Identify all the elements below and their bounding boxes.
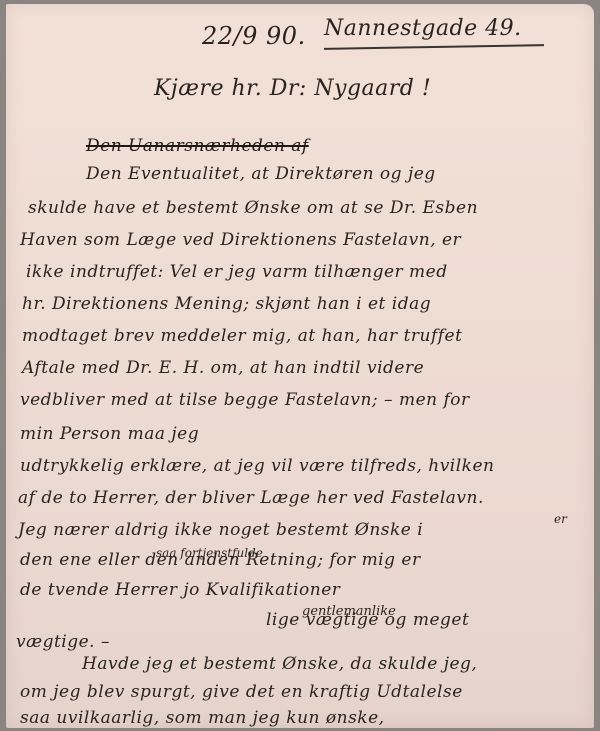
letter-line: udtrykkelig erklære, at jeg vil være til… [20, 456, 495, 476]
letter-address: Nannestgade 49. [324, 16, 522, 41]
letter-date: 22/9 90. [202, 22, 306, 50]
insertion-text: saa fortjenstfulde [156, 546, 263, 560]
letter-line: Havde jeg et bestemt Ønske, da skulde je… [82, 654, 477, 674]
letter-line: Haven som Læge ved Direktionens Fastelav… [20, 230, 461, 250]
letter-line: vedbliver med at tilse begge Fastelavn; … [20, 390, 470, 410]
letter-line: skulde have et bestemt Ønske om at se Dr… [28, 198, 478, 218]
letter-line: min Person maa jeg [20, 424, 199, 444]
letter-line: ikke indtruffet: Vel er jeg varm tilhæng… [26, 262, 448, 282]
letter-greeting: Kjære hr. Dr: Nygaard ! [154, 76, 431, 101]
address-underline [324, 44, 544, 50]
insertion-text: gentlemanlike [302, 604, 396, 619]
letter-line: saa uvilkaarlig, som man jeg kun ønske, [20, 708, 385, 728]
letter-line: vægtige. – [16, 632, 110, 652]
letter-line: Aftale med Dr. E. H. om, at han indtil v… [22, 358, 424, 378]
letter-line: Den Eventualitet, at Direktøren og jeg [86, 164, 436, 184]
letter-line: af de to Herrer, der bliver Læge her ved… [18, 488, 484, 508]
letter-line: om jeg blev spurgt, give det en kraftig … [20, 682, 463, 702]
letter-line: Den Uanarsnærheden af [86, 136, 309, 156]
letter-line: hr. Direktionens Mening; skjønt han i et… [22, 294, 431, 314]
letter-line: modtaget brev meddeler mig, at han, har … [22, 326, 462, 346]
letter-paper: 22/9 90. Nannestgade 49. Kjære hr. Dr: N… [6, 4, 594, 728]
letter-line: Jeg nærer aldrig ikke noget bestemt Ønsk… [18, 520, 423, 540]
insertion-text: er [554, 512, 567, 526]
letter-line: de tvende Herrer jo Kvalifikationer [20, 580, 340, 600]
